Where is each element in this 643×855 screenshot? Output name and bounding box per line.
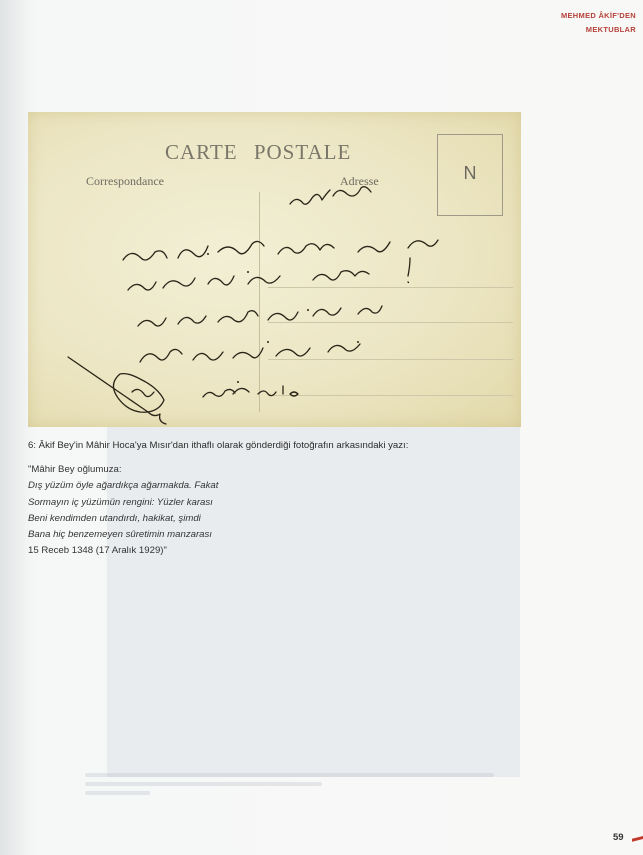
- caption-text: Âkif Bey'in Mâhir Hoca'ya Mısır'dan itha…: [36, 440, 408, 451]
- poem-line: Beni kendimden utandırdı, hakikat, şimdi: [28, 511, 218, 527]
- poem-line: Bana hiç benzemeyen sûretimin manzarası: [28, 527, 218, 543]
- poem-line: Dış yüzüm öyle ağardıkça ağarmakda. Faka…: [28, 478, 218, 494]
- handwritten-ottoman-text: [28, 112, 521, 427]
- figure-caption: 6: Âkif Bey'in Mâhir Hoca'ya Mısır'dan i…: [28, 440, 408, 451]
- bleed-through-text: [85, 768, 515, 818]
- postcard-image: CARTE POSTALE Correspondance Adresse N: [28, 112, 521, 427]
- handwriting-strokes: [28, 112, 521, 427]
- running-header: MEHMED ÂKİF'DEN MEKTUBLAR: [561, 9, 636, 37]
- poem-salutation: "Mâhir Bey oğlumuza:: [28, 462, 218, 478]
- figure-number: 6:: [28, 440, 36, 451]
- running-header-line2: MEKTUBLAR: [561, 23, 636, 37]
- page-number-accent-mark: [632, 835, 643, 841]
- poem-date: 15 Receb 1348 (17 Aralık 1929)": [28, 543, 218, 559]
- poem-line: Sormayın iç yüzümün rengini: Yüzler kara…: [28, 495, 218, 511]
- page-number: 59: [613, 832, 624, 843]
- quoted-poem: "Mâhir Bey oğlumuza: Dış yüzüm öyle ağar…: [28, 462, 218, 560]
- running-header-line1: MEHMED ÂKİF'DEN: [561, 9, 636, 23]
- page-gutter-shadow: [0, 0, 30, 855]
